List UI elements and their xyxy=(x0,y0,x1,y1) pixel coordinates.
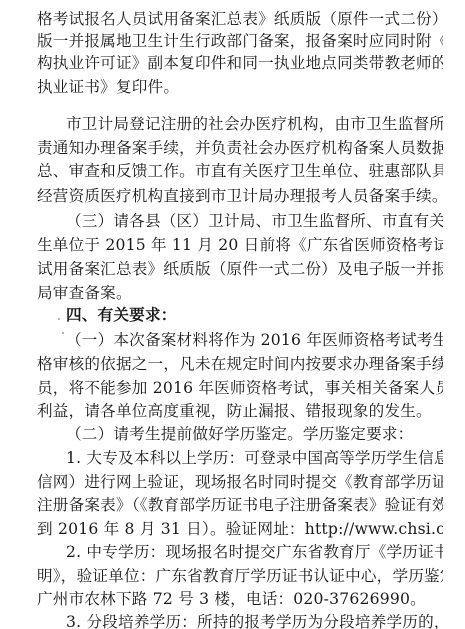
paragraph-start: （一）本次备案材料将作为 2016 年医师资格考试考生报名资 xyxy=(66,330,443,350)
text-line: 注册备案表》（《教育部学历证书电子注册备案表》验证有效期需 xyxy=(37,495,443,515)
paragraph-start: 市卫计局登记注册的社会办医疗机构，由市卫生监督所具体负 xyxy=(66,114,443,134)
text-line: 广州市农林下路 72 号 3 楼，电话：020-37626990。 xyxy=(37,589,443,609)
document-page: 格考试报名人员试用备案汇总表》纸质版（原件一式二份）及电子 版一并报属地卫生计生… xyxy=(0,0,465,629)
paragraph-start: 1. 大专及本科以上学历：可登录中国高等学历学生信息网（学 xyxy=(66,448,443,468)
text-line: 员，将不能参加 2016 年医师资格考试，事关相关备案人员的切身 xyxy=(37,378,443,398)
text-line: 构执业许可证》副本复印件和同一执业地点同类带教老师的《医师 xyxy=(37,53,443,73)
text-line: 试用备案汇总表》纸质版（原件一式二份）及电子版一并报市卫计 xyxy=(37,259,443,279)
scan-speck xyxy=(62,332,64,334)
text-line: 格审核的依据之一，凡未在规定时间内按要求办理备案手续的人 xyxy=(37,354,443,374)
text-line: 明》，验证单位：广东省教育厅学历证书认证中心，学历鉴定地址： xyxy=(37,566,443,586)
text-line: 执业证书》复印件。 xyxy=(37,77,443,97)
text-line: 责通知办理备案手续，并负责社会办医疗机构备案人员数据的汇 xyxy=(37,138,443,158)
text-line: 生单位于 2015 年 11 月 20 日前将《广东省医师资格考试报名人员 xyxy=(37,235,443,255)
paragraph-start: （二）请考生提前做好学历鉴定。学历鉴定要求： xyxy=(66,424,443,444)
text-line: 利益，请各单位高度重视，防止漏报、错报现象的发生。 xyxy=(37,401,443,421)
text-line: 信网）进行网上验证，现场报名时同时提交《教育部学历证书电子 xyxy=(37,472,443,492)
text-line: 版一并报属地卫生计生行政部门备案，报备案时应同时附《医疗机 xyxy=(37,31,443,51)
text-line: 总、审查和反馈工作。市直有关医疗卫生单位、驻惠部队具有对外 xyxy=(37,161,443,181)
paragraph-start: （三）请各县（区）卫计局、市卫生监督所、市直有关医疗卫 xyxy=(66,211,443,231)
text-line: 格考试报名人员试用备案汇总表》纸质版（原件一式二份）及电子 xyxy=(37,9,443,29)
text-line: 到 2016 年 8 月 31 日）。验证网址：http://www.chsi.… xyxy=(37,519,443,539)
paragraph-start: 2. 中专学历：现场报名时提交广东省教育厅《学历证书鉴定证 xyxy=(66,542,443,562)
text-line: 局审查备案。 xyxy=(37,283,443,303)
scan-speck xyxy=(58,318,60,320)
paragraph-start: 3. 分段培养学历：所持的报考学历为分段培养学历的，各阶段 xyxy=(66,612,443,629)
text-line: 经营资质医疗机构直接到市卫计局办理报考人员备案手续。 xyxy=(37,186,443,206)
section-heading: 四、有关要求： xyxy=(66,305,266,325)
